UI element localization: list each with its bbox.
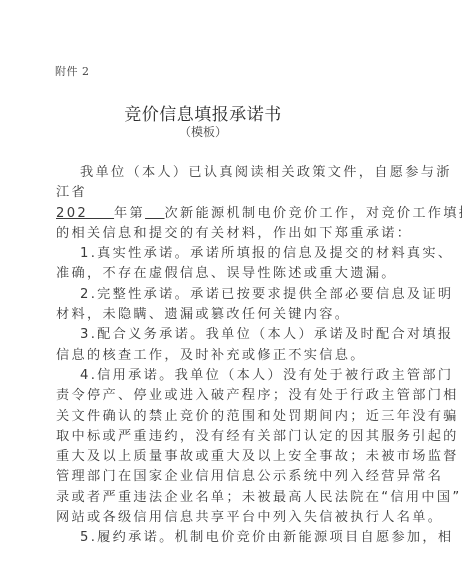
line-text: 5.履约承诺。机制电价竞价由新能源项目自愿参加，相 bbox=[80, 530, 453, 545]
line-text: 网站或各级信用信息共享平台中列入失信被执行人名单。 bbox=[56, 510, 443, 525]
line-text: 录或者严重违法企业名单；未被最高人民法院在“信用中国” bbox=[56, 490, 461, 505]
body-line: 5.履约承诺。机制电价竞价由新能源项目自愿参加，相 bbox=[56, 528, 356, 548]
line-text: 3.配合义务承诺。我单位（本人）承诺及时配合对填报 bbox=[80, 327, 453, 342]
body-line: 江省 bbox=[56, 183, 356, 203]
line-text: 我单位（本人）已认真阅读相关政策文件，自愿参与浙 bbox=[80, 165, 452, 180]
body-line: 责令停产、停业或进入破产程序；没有处于行政主管部门相 bbox=[56, 386, 356, 406]
body-line: 4.信用承诺。我单位（本人）没有处于被行政主管部门 bbox=[56, 366, 356, 386]
body-line: 2.完整性承诺。承诺已按要求提供全部必要信息及证明 bbox=[56, 285, 356, 305]
body-line: 信息的核查工作，及时补充或修正不实信息。 bbox=[56, 346, 356, 366]
document-page: 附件 2 竞价信息填报承诺书 （模板） 我单位（本人）已认真阅读相关政策文件，自… bbox=[0, 0, 462, 579]
line-text: 责令停产、停业或进入破产程序；没有处于行政主管部门相 bbox=[56, 388, 459, 403]
body-line: 1.真实性承诺。承诺所填报的信息及提交的材料真实、 bbox=[56, 244, 356, 264]
line-text: 信息的核查工作，及时补充或修正不实信息。 bbox=[56, 348, 366, 363]
body-line: 录或者严重违法企业名单；未被最高人民法院在“信用中国” bbox=[56, 488, 356, 508]
line-text: 1.真实性承诺。承诺所填报的信息及提交的材料真实、 bbox=[80, 246, 453, 261]
body-line: 的相关信息和提交的有关材料，作出如下郑重承诺： bbox=[56, 224, 356, 244]
body-line: 网站或各级信用信息共享平台中列入失信被执行人名单。 bbox=[56, 508, 356, 528]
body-line: 取中标或严重违约，没有经有关部门认定的因其服务引起的 bbox=[56, 427, 356, 447]
body-line: 关文件确认的禁止竞价的范围和处罚期间内；近三年没有骗 bbox=[56, 407, 356, 427]
body-line: 202 年第 次新能源机制电价竞价工作，对竞价工作填报 bbox=[56, 204, 356, 224]
line-text: 4.信用承诺。我单位（本人）没有处于被行政主管部门 bbox=[80, 368, 453, 383]
document-title: 竞价信息填报承诺书 bbox=[0, 100, 406, 125]
body-line: 准确，不存在虚假信息、误导性陈述或重大遗漏。 bbox=[56, 264, 356, 284]
body-line: 管理部门在国家企业信用信息公示系统中列入经营异常名 bbox=[56, 467, 356, 487]
round-blank bbox=[145, 206, 164, 221]
line-text: 重大及以上质量事故或重大及以上安全事故；未被市场监督 bbox=[56, 449, 459, 464]
body-line: 我单位（本人）已认真阅读相关政策文件，自愿参与浙 bbox=[56, 163, 356, 183]
line-text: 取中标或严重违约，没有经有关部门认定的因其服务引起的 bbox=[56, 429, 459, 444]
line-text: 2.完整性承诺。承诺已按要求提供全部必要信息及证明 bbox=[80, 287, 453, 302]
line-text: 江省 bbox=[56, 185, 87, 200]
line-text: 的相关信息和提交的有关材料，作出如下郑重承诺： bbox=[56, 226, 412, 241]
body-line: 3.配合义务承诺。我单位（本人）承诺及时配合对填报 bbox=[56, 325, 356, 345]
line-text: 管理部门在国家企业信用信息公示系统中列入经营异常名 bbox=[56, 469, 443, 484]
line-text: 关文件确认的禁止竞价的范围和处罚期间内；近三年没有骗 bbox=[56, 409, 459, 424]
attachment-label: 附件 2 bbox=[55, 63, 90, 79]
line-text: 材料，未隐瞒、遗漏或篡改任何关键内容。 bbox=[56, 307, 350, 322]
body-line: 重大及以上质量事故或重大及以上安全事故；未被市场监督 bbox=[56, 447, 356, 467]
line-text: 年第 次新能源机制电价竞价工作，对竞价工作填报 bbox=[114, 206, 462, 221]
body-line: 材料，未隐瞒、遗漏或篡改任何关键内容。 bbox=[56, 305, 356, 325]
document-subtitle: （模板） bbox=[0, 123, 406, 140]
document-body: 我单位（本人）已认真阅读相关政策文件，自愿参与浙 江省 202 年第 次新能源机… bbox=[56, 163, 356, 549]
line-text: 准确，不存在虚假信息、误导性陈述或重大遗漏。 bbox=[56, 266, 397, 281]
year-blank: 202 bbox=[56, 206, 114, 221]
